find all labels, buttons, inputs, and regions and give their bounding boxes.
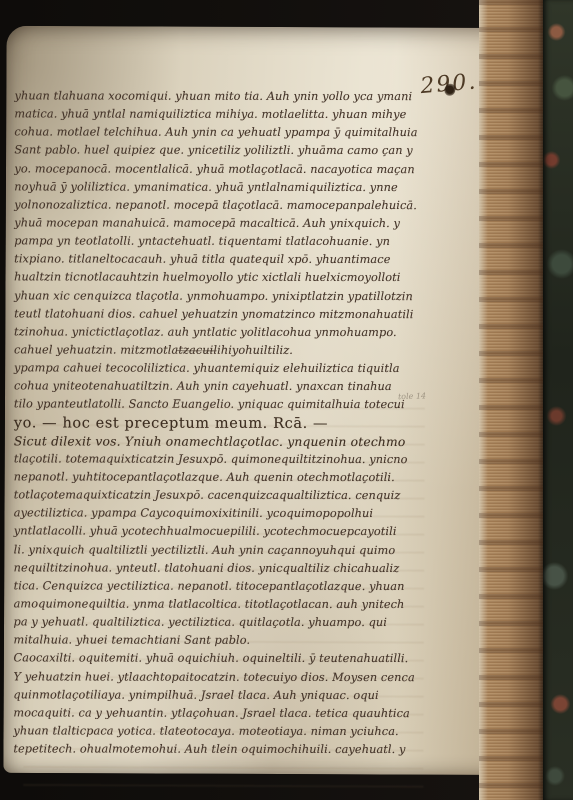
manuscript-line: tilo ypanteutlatolli. Sancto Euangelio. … bbox=[14, 396, 412, 415]
manuscript-line: matica. yhuā yntlal namiquiliztica mihiy… bbox=[14, 106, 412, 125]
manuscript-line: Caocaxilti. oquitemiti. yhuā oquichiuh. … bbox=[13, 650, 411, 669]
manuscript-line: pa y yehuatl. qualtiliztica. yectiliztic… bbox=[14, 613, 412, 632]
manuscript-line: cohua yniteotenahuatiltzin. Auh ynin cay… bbox=[14, 378, 412, 397]
marbled-cover-edge bbox=[543, 0, 573, 800]
manuscript-line: tepetitech. ohualmotemohui. Auh tlein oq… bbox=[13, 740, 411, 759]
manuscript-line: noyhuā ȳ yoliliztica. ymanimatica. yhuā … bbox=[14, 178, 412, 197]
manuscript-line: teutl tlatohuani dios. cahuel yehuatzin … bbox=[14, 305, 412, 324]
manuscript-line: hualtzin ticnotlacauhtzin huelmoyollo yt… bbox=[14, 269, 412, 288]
manuscript-line: pampa yn teotlatolli. yntactehuatl. tiqu… bbox=[14, 233, 412, 252]
manuscript-line: Sicut dilexit vos. Yniuh onamechtlaçotla… bbox=[14, 432, 412, 451]
manuscript-line: ayectiliztica. ypampa Caycoquimoxixitini… bbox=[14, 505, 412, 524]
manuscript-line: yntlatlacolli. yhuā ycotechhualmocuepili… bbox=[14, 523, 412, 542]
manuscript-line: tlaçotili. totemaquixticatzin Jesuxpō. q… bbox=[14, 450, 412, 469]
manuscript-line: yolnonozaliztica. nepanotl. mocepā tlaço… bbox=[14, 196, 412, 215]
manuscript-line: mocaquiti. ca y yehuantin. ytlaçohuan. J… bbox=[13, 704, 411, 723]
book-page: 290. tole 14 yhuan tlahuana xocomiqui. y… bbox=[3, 26, 543, 775]
ink-blot bbox=[444, 84, 455, 96]
manuscript-photo: 290. tole 14 yhuan tlahuana xocomiqui. y… bbox=[0, 0, 573, 800]
manuscript-line: yhuan tlahuana xocomiqui. yhuan mito tia… bbox=[14, 87, 412, 106]
manuscript-line: cahuel yehuatzin. mitzmotlat̶z̶a̶c̶u̶i̶l… bbox=[14, 341, 412, 360]
manuscript-line: Y yehuatzin huei. ytlaachtopaitocatzin. … bbox=[13, 668, 411, 687]
manuscript-line: nequiltitzinohua. ynteutl. tlatohuani di… bbox=[14, 559, 412, 578]
manuscript-line: Sant pablo. huel quipiez que. ynicetiliz… bbox=[14, 142, 412, 161]
manuscript-line: totlaçotemaquixticatzin Jesuxpō. cacenqu… bbox=[14, 486, 412, 505]
manuscript-line: tixpiano. titlaneltocacauh. yhuā titla q… bbox=[14, 251, 412, 270]
fore-edge-shading bbox=[479, 0, 543, 800]
manuscript-line: yo. mocepanocā. mocentlalicā. yhuā motla… bbox=[14, 160, 412, 179]
manuscript-line: nepanotl. yuhtitocepantlaçotlazque. Auh … bbox=[14, 468, 412, 487]
manuscript-line: mitalhuia. yhuei temachtiani Sant pablo. bbox=[14, 632, 412, 651]
manuscript-line: li. ynixquich qualtiliztli yectiliztli. … bbox=[14, 541, 412, 560]
manuscript-line: yo. — hoc est preceptum meum. Rcā. — bbox=[14, 414, 412, 433]
manuscript-line: yhuan xic cenquizca tlaçotla. ynmohuampo… bbox=[14, 287, 412, 306]
manuscript-line: amoquimonequiltia. ynma tlatlacoltica. t… bbox=[14, 595, 412, 614]
manuscript-line: yhuan tlalticpaca yotica. tlateotocaya. … bbox=[13, 722, 411, 741]
manuscript-line: quinmotlaçotiliaya. ynimpilhuā. Jsrael t… bbox=[13, 686, 411, 705]
manuscript-line: cohua. motlael telchihua. Auh ynin ca ye… bbox=[14, 124, 412, 143]
manuscript-line: yhuā mocepan manahuicā. mamocepā macalti… bbox=[14, 214, 412, 233]
manuscript-line: tzinohua. ynictictlaçotlaz. auh yntlatic… bbox=[14, 323, 412, 342]
manuscript-text-block: yhuan tlahuana xocomiqui. yhuan mito tia… bbox=[13, 87, 412, 759]
manuscript-line: ypampa cahuei tecocoliliztica. yhuantemi… bbox=[14, 359, 412, 378]
manuscript-line: tica. Cenquizca yectiliztica. nepanotl. … bbox=[14, 577, 412, 596]
